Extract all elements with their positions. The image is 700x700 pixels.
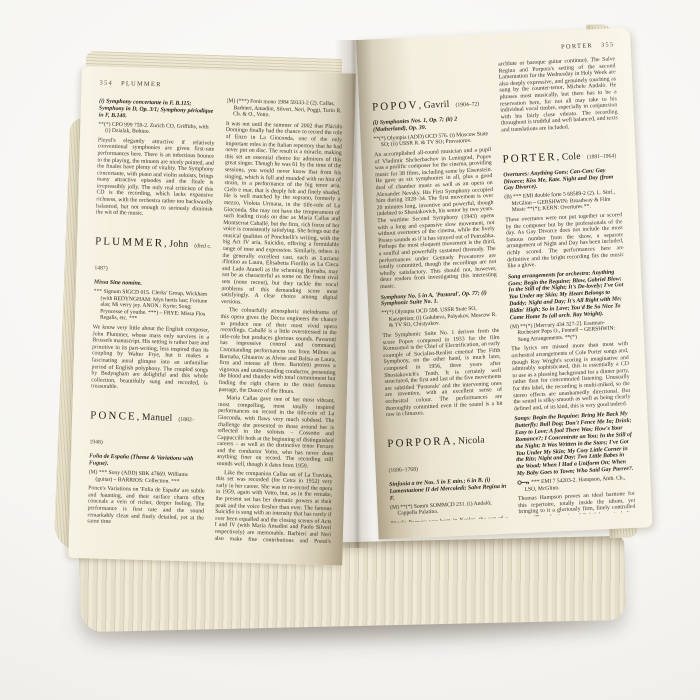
key-icon <box>517 480 529 486</box>
book-photo: 354 PLUMMER (i) Symphony concertante in … <box>0 0 700 700</box>
left-page: 354 PLUMMER (i) Symphony concertante in … <box>68 66 356 565</box>
left-page-column-2: (M) (***) Fonit mono 1984 59333-2 (2). C… <box>214 98 343 543</box>
composer-surname: PLUMMER <box>95 235 164 249</box>
composer-forename: , John <box>164 238 188 250</box>
work-heading: Songs: Begin the Beguine; Bring Me Back … <box>514 411 634 478</box>
review-paragraph: Thomas Hampson proves an ideal baritone … <box>518 491 636 517</box>
work-heading: Song arrangements for orchestra: Anythin… <box>508 269 627 322</box>
review-paragraph: Ponce's Variations on 'Folia de España' … <box>87 486 205 529</box>
review-paragraph: An accomplished all-round musician and a… <box>374 147 497 291</box>
right-page: PORTER 355 POPOV, Gavril (1904–72) (i) S… <box>356 28 652 540</box>
review-paragraph: archlute or baroque guitar continuo). Th… <box>498 56 618 134</box>
work-heading: (i) Symphony concertante in F, B.115; Sy… <box>99 98 216 122</box>
review-paragraph: These overtures were not put together or… <box>505 212 624 270</box>
composer-dates: (1904–72) <box>455 101 479 108</box>
composer-heading-porpora: PORPORA, Nicola (1686–1768) <box>387 422 506 478</box>
review-paragraph: Like the companion Callas set of La Trav… <box>214 470 332 544</box>
recording-listing: (M) **(*) Somm SOMMCD 231. (i) Andalò; C… <box>390 499 507 517</box>
composer-heading-ponchielli: PONCHIELLI, Amilcare (1834–86) <box>87 534 204 539</box>
recording-listing: **(*) CPO 999 759-2. Zurich CO, Griffith… <box>98 121 215 137</box>
composer-forename: , Cole <box>556 150 581 162</box>
recording-listing: (B) *** EMI double forte 5 68589-2 (2). … <box>504 189 622 214</box>
right-page-column-2: archlute or baroque guitar continuo). Th… <box>498 56 636 517</box>
review-paragraph: We know very little about the English co… <box>91 324 209 393</box>
composer-dates: (1686–1768) <box>388 467 418 474</box>
recording-listing: *** Signum SIGCD 015. Clerks' Group, Wic… <box>93 288 210 324</box>
review-paragraph: The colourfully atmospheric melodrama of… <box>218 307 337 396</box>
recording-listing: **(*) Olympia OCD 598. USSR State SO, Ka… <box>381 305 499 330</box>
composer-forename: , Manuel <box>137 412 173 424</box>
composer-heading-popov: POPOV, Gavril (1904–72) <box>371 86 489 116</box>
composer-surname: POPOV <box>372 99 419 113</box>
review-paragraph: The lyrics are missed more than most wit… <box>511 341 631 412</box>
composer-forename: , Gavril <box>418 99 449 111</box>
composer-surname: PONCE <box>90 409 137 422</box>
composer-heading-plummer: PLUMMER, John (died c. 1487) <box>94 225 212 279</box>
recording-listing-key-choice: *** EMI 7 54203-2. Hampson, Amb. Ch., LS… <box>517 475 634 493</box>
work-heading: Overtures: Anything Goes; Can-Can; Gay D… <box>503 167 621 193</box>
running-head-right: PORTER 355 <box>370 41 615 59</box>
running-title: PLUMMER <box>121 80 162 88</box>
running-title: PORTER <box>561 42 593 50</box>
page-number: 354 <box>99 79 113 86</box>
recording-listing: (M) **(*) [Mercury 434 327-2]. Eastman-R… <box>510 319 628 344</box>
recording-listing-text: *** EMI 7 54203-2. Hampson, Amb. Ch., LS… <box>524 475 625 492</box>
work-heading: Sinfonia a tre Nos. 5 in E min.; 6 in B.… <box>389 477 507 503</box>
recording-listing: (M) (***) Fonit mono 1984 59333-2 (2). C… <box>226 98 343 121</box>
composer-heading-porter: PORTER, Cole (1891–1964) <box>502 138 620 168</box>
page-number: 355 <box>601 41 615 49</box>
composer-heading-ponce: PONCE, Manuel (1882–1948) <box>89 399 207 453</box>
work-heading: Folia de España (Theme & Variations with… <box>89 454 206 471</box>
composer-dates: (1891–1964) <box>587 153 617 160</box>
review-paragraph: It was not until the summer of 2002 that… <box>221 121 343 309</box>
composer-surname: PORPORA <box>387 435 453 450</box>
right-page-column-1: POPOV, Gavril (1904–72) (i) Symphonies N… <box>370 62 508 523</box>
composer-forename: , Nicola <box>453 434 485 446</box>
review-paragraph: The Symphonic Suite No. 1 derives from t… <box>382 328 503 419</box>
composer-surname: PORTER <box>502 151 557 165</box>
review-paragraph: Maria Callas gave one of her most vibran… <box>216 395 334 471</box>
recording-listing: (M) *** Sony (ADD) SBK 47669. Williams (… <box>88 469 205 485</box>
left-page-column-1: (i) Symphony concertante in F, B.115; Sy… <box>87 94 216 539</box>
running-head-left: 354 PLUMMER <box>99 79 343 93</box>
recording-listing: **(*) Olympia (ADD) OCD 576. (i) Moscow … <box>373 131 490 149</box>
review-paragraph: Pleyel's elegantly attractive if relativ… <box>96 137 215 219</box>
